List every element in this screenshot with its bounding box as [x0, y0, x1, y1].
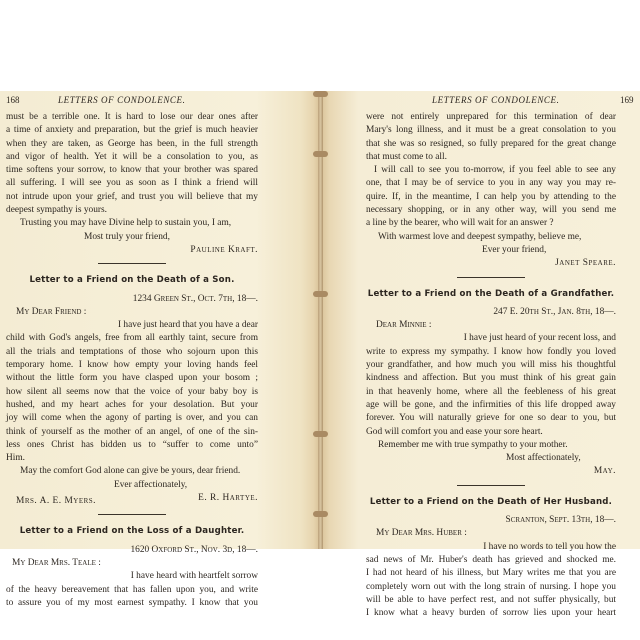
text-line: sad news of Mr. Huber's death has grieve…	[366, 554, 616, 567]
book-spine-binding	[311, 91, 329, 549]
salutation: My Dear Friend :	[6, 306, 258, 319]
text-line: of the heavy bereavement that has fallen…	[6, 584, 258, 597]
valediction: Ever your friend,	[366, 244, 616, 257]
text-line: one, that I may be of service to you in …	[366, 177, 616, 190]
open-book-spread: 168 LETTERS OF CONDOLENCE. must be a ter…	[0, 91, 640, 549]
text-line: time softens your sorrow, to know that y…	[6, 164, 258, 177]
text-line: deepest sympathy is yours.	[6, 204, 258, 217]
page-number: 168	[6, 95, 20, 105]
salutation: My Dear Mrs. Teale :	[6, 557, 258, 570]
text-line: must be a terrible one. It is hard to lo…	[6, 111, 258, 124]
text-line: joy will come when the agony of parting …	[6, 412, 258, 425]
section-divider	[457, 277, 525, 278]
section-divider	[457, 485, 525, 486]
text-line: and vigor of health. Yet it will be a co…	[6, 151, 258, 164]
valediction: Ever affectionately,	[6, 479, 258, 492]
text-line: less ones Christ has bidden us to “suffe…	[6, 439, 258, 452]
letter-death-of-grandfather: Letter to a Friend on the Death of a Gra…	[366, 288, 616, 479]
letter-title: Letter to a Friend on the Death of a Son…	[6, 274, 258, 287]
closing-line: May the comfort God alone can give be yo…	[6, 465, 258, 478]
left-page: 168 LETTERS OF CONDOLENCE. must be a ter…	[0, 91, 300, 549]
text-line: without the little form you have clasped…	[6, 372, 258, 385]
binding-knot	[313, 91, 328, 97]
text-line: quire. If, in the meantime, I can help y…	[366, 191, 616, 204]
text-line: I have just heard that you have a dear	[6, 319, 258, 332]
signature: E. R. Hartye.	[198, 492, 258, 508]
text-line: necessary shopping, or in any other way,…	[366, 204, 616, 217]
text-line: think of yourself as the mother of an an…	[6, 426, 258, 439]
text-line: I have no words to tell you how the	[366, 541, 616, 554]
left-page-body: must be a terrible one. It is hard to lo…	[6, 111, 258, 610]
text-line: that she was so resigned, so fully prepa…	[366, 138, 616, 151]
text-line: I had not heard of his illness, but Mary…	[366, 567, 616, 580]
letter-death-of-son: Letter to a Friend on the Death of a Son…	[6, 274, 258, 508]
text-line: God will comfort you and ease your sore …	[366, 426, 616, 439]
closing-line: Trusting you may have Divine help to sus…	[6, 217, 258, 230]
closing-line: With warmest love and deepest sympathy, …	[366, 231, 616, 244]
binding-knot	[313, 291, 328, 297]
letter-title: Letter to a Friend on the Death of Her H…	[366, 496, 616, 509]
right-page: LETTERS OF CONDOLENCE. 169 were not enti…	[330, 91, 640, 549]
text-line: how silent all seems now that the voice …	[6, 386, 258, 399]
text-line: age will be gone, and the infirmities of…	[366, 399, 616, 412]
text-line: a line by the bearer, who will wait for …	[366, 217, 616, 230]
text-line: will be able to have perfect rest, and n…	[366, 594, 616, 607]
text-line: I have heard with heartfelt sorrow	[6, 570, 258, 583]
section-divider	[98, 263, 166, 264]
text-line: I have just heard of your recent loss, a…	[366, 332, 616, 345]
signature: May.	[366, 465, 616, 478]
closing-line: Remember me with true sympathy to your m…	[366, 439, 616, 452]
continued-letter: must be a terrible one. It is hard to lo…	[6, 111, 258, 257]
address-date: 247 E. 20th St., Jan. 8th, 18—.	[366, 306, 616, 319]
text-line: temporary home. I know how empty your lo…	[6, 359, 258, 372]
salutation: Dear Minnie :	[366, 319, 616, 332]
text-line: forever. You will naturally grieve for o…	[366, 412, 616, 425]
address-date: 1234 Green St., Oct. 7th, 18—.	[6, 293, 258, 306]
salutation: My Dear Mrs. Huber :	[366, 527, 616, 540]
address-date: 1620 Oxford St., Nov. 3d, 18—.	[6, 544, 258, 557]
letter-title: Letter to a Friend on the Loss of a Daug…	[6, 525, 258, 538]
binding-knot	[313, 151, 328, 157]
text-line: completely worn out with the long strain…	[366, 581, 616, 594]
signature: Janet Speare.	[366, 257, 616, 270]
text-line: your grandfather, and how much you will …	[366, 359, 616, 372]
text-line: child with God's angels, free from all e…	[6, 332, 258, 345]
valediction: Most affectionately,	[366, 452, 616, 465]
continued-letter: were not entirely unprepared for this te…	[366, 111, 616, 271]
text-line: in that heavenly home, where all the fee…	[366, 386, 616, 399]
text-line: Him.	[6, 452, 258, 465]
address-date: Scranton, Sept. 13th, 18—.	[366, 514, 616, 527]
text-line: write to express my sympathy. I know how…	[366, 346, 616, 359]
running-head: LETTERS OF CONDOLENCE.	[58, 95, 185, 105]
text-line: Mary's long illness, and it must be a gr…	[366, 124, 616, 137]
text-line: all the trials and temptations of those …	[6, 346, 258, 359]
letter-loss-of-daughter: Letter to a Friend on the Loss of a Daug…	[6, 525, 258, 610]
text-line: that must come to all.	[366, 151, 616, 164]
text-line: kindness and affection. But you must thi…	[366, 372, 616, 385]
right-page-body: were not entirely unprepared for this te…	[366, 111, 616, 620]
text-line: to assure you of my most earnest sympath…	[6, 597, 258, 610]
binding-knot	[313, 511, 328, 517]
text-line: hushed, and my heart aches for your deso…	[6, 399, 258, 412]
letter-title: Letter to a Friend on the Death of a Gra…	[366, 288, 616, 301]
signature-row: Mrs. A. E. Myers. E. R. Hartye.	[6, 492, 258, 508]
text-line: all suffering. I will see you as soon as…	[6, 177, 258, 190]
section-divider	[98, 514, 166, 515]
text-line: a time of anxiety and preparation, but t…	[6, 124, 258, 137]
binding-cord	[318, 91, 323, 549]
text-line: when they are taken, as George has been,…	[6, 138, 258, 151]
text-line: I know what a heavy burden of sorrow lie…	[366, 607, 616, 620]
text-line: not intrude upon your grief, and trust y…	[6, 191, 258, 204]
running-head: LETTERS OF CONDOLENCE.	[432, 95, 559, 105]
text-line: were not entirely unprepared for this te…	[366, 111, 616, 124]
signature: Pauline Kraft.	[6, 244, 258, 257]
text-line: I will call to see you to-morrow, if you…	[366, 164, 616, 177]
page-number: 169	[620, 95, 634, 105]
valediction: Most truly your friend,	[6, 231, 258, 244]
letter-death-of-husband: Letter to a Friend on the Death of Her H…	[366, 496, 616, 621]
binding-knot	[313, 431, 328, 437]
addressee: Mrs. A. E. Myers.	[6, 495, 96, 508]
